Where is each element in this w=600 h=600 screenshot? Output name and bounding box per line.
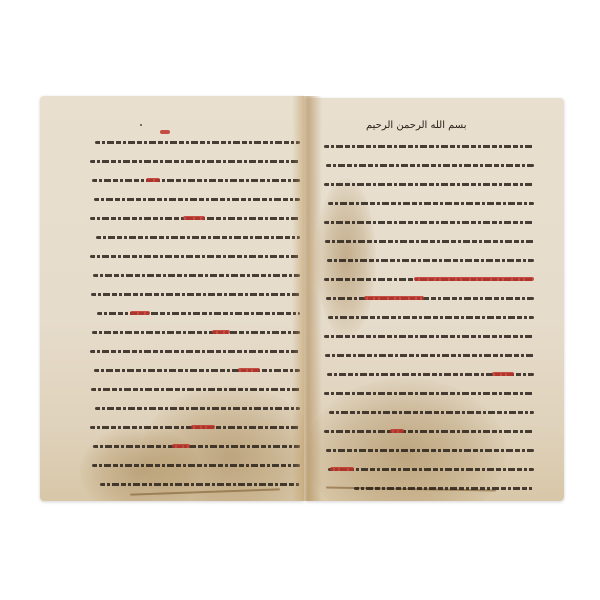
ink-spot (140, 124, 142, 126)
bismillah-heading: بسم الله الرحمن الرحيم (366, 120, 467, 131)
manuscript-photo: بسم الله الرحمن الرحيم (0, 0, 600, 600)
left-text-block (90, 134, 300, 495)
left-page (40, 96, 304, 501)
book-gutter (292, 96, 322, 501)
right-text-block (324, 138, 534, 499)
right-page: بسم الله الرحمن الرحيم (306, 98, 564, 501)
